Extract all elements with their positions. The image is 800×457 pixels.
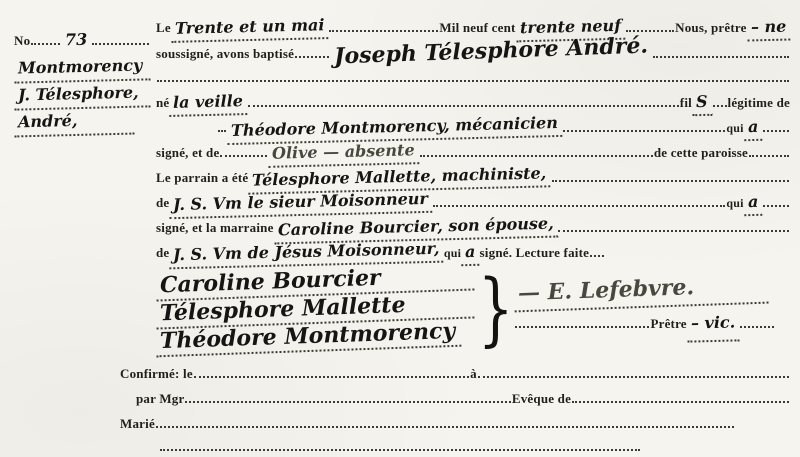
record-body: No 73 Montmorency J. Télesphore, André, … <box>14 14 790 451</box>
par-mgr-label: par Mgr <box>136 386 184 411</box>
ruled-line <box>763 114 789 132</box>
ruled-line <box>590 239 604 257</box>
ruled-line <box>185 385 510 403</box>
signatures-list: Caroline Bourcier Télesphore Mallette Th… <box>156 266 474 352</box>
ruled-line <box>572 385 789 403</box>
marie-row: Marié <box>120 410 790 435</box>
ruled-line <box>295 40 329 58</box>
margin-given-name-2: André, <box>14 106 134 138</box>
no-label: No <box>14 27 30 54</box>
form-column: Le Trente et un mai Mil neuf cent trente… <box>156 14 790 451</box>
ruled-line <box>653 40 789 58</box>
ruled-line <box>713 89 727 107</box>
form-row-ne: né la veille fil S légitime de <box>156 89 790 114</box>
confirme-row: Confirmé: le à <box>120 360 790 385</box>
ne-label: né <box>156 90 169 115</box>
ruled-line <box>515 310 649 328</box>
ruled-line <box>156 410 734 428</box>
qui-label: qui <box>726 116 743 141</box>
margin-name-row: J. Télesphore, <box>14 80 150 107</box>
form-row-date: Le Trente et un mai Mil neuf cent trente… <box>156 14 790 39</box>
ruled-line <box>218 114 226 132</box>
margin-name-row: André, <box>14 107 150 134</box>
birth-date-handwritten: la veille <box>169 88 248 117</box>
ruled-line <box>626 14 674 32</box>
record-number: 73 <box>60 26 91 54</box>
signatures-block: Caroline Bourcier Télesphore Mallette Th… <box>156 266 790 352</box>
eveque-de-label: Evêque de <box>512 386 571 411</box>
marie-label: Marié <box>120 411 155 436</box>
vic-handwritten: – vic. <box>686 305 739 342</box>
confirme-label: Confirmé: le <box>120 361 193 386</box>
a-signe-handwritten: a <box>743 189 762 216</box>
signature-row: Théodore Montmorency <box>156 322 474 350</box>
brace-mark: } <box>478 266 496 352</box>
ruled-line <box>433 189 725 207</box>
pretre-title-row: Prêtre – vic. <box>514 306 790 340</box>
margin-no-row: No 73 <box>14 26 150 53</box>
ruled-line <box>31 27 59 45</box>
priest-signature-area: — E. Lefebvre. Prêtre – vic. <box>500 266 790 352</box>
baptism-date-handwritten: Trente et un mai <box>171 12 329 43</box>
ruled-line <box>92 27 149 45</box>
confirmation-block: Confirmé: le à par Mgr Evêque de Marié <box>120 352 790 451</box>
form-row-parrain-origin: de J. S. Vm le sieur Moisonneur qui a <box>156 189 790 214</box>
ruled-line <box>248 89 678 107</box>
de-cette-paroisse-label: de cette paroisse <box>654 140 748 165</box>
a-signe-handwritten: a <box>743 114 762 141</box>
mil-neuf-cent-label: Mil neuf cent <box>439 15 515 40</box>
ruled-line <box>420 139 653 157</box>
form-row-blank <box>156 64 790 89</box>
pretre-suffix-handwritten: – ne <box>746 13 790 41</box>
ruled-line <box>329 14 438 32</box>
ruled-line <box>563 114 725 132</box>
margin-name-row: Montmorency <box>14 53 150 80</box>
ruled-line <box>160 439 640 451</box>
signe-et-de-label: signé, et de <box>156 140 219 165</box>
legitime-label: légitime de <box>728 90 790 115</box>
a-label: à <box>470 361 477 386</box>
ruled-line <box>749 139 789 157</box>
baptism-record-scan: No 73 Montmorency J. Télesphore, André, … <box>0 0 800 457</box>
fils-s-handwritten: S <box>692 89 712 116</box>
ruled-line <box>763 189 789 207</box>
soussigne-label: soussigné, avons baptisé <box>156 41 294 66</box>
de-label: de <box>156 190 169 215</box>
de-label: de <box>156 240 169 265</box>
ruled-line <box>552 164 789 182</box>
pretre-label: Prêtre <box>650 307 686 341</box>
form-row-parrain: Le parrain a été Télesphore Mallette, ma… <box>156 164 790 189</box>
le-label: Le <box>156 15 171 40</box>
par-mgr-row: par Mgr Evêque de <box>120 385 790 410</box>
form-row-father: Théodore Montmorency, mécanicien qui a <box>156 114 790 139</box>
parrain-label: Le parrain a été <box>156 165 248 190</box>
nous-pretre-label: Nous, prêtre <box>675 15 746 40</box>
ruled-line <box>478 360 789 378</box>
form-row-baptise: soussigné, avons baptisé Joseph Télespho… <box>156 39 790 64</box>
fil-label: fil <box>680 90 692 115</box>
ruled-line <box>157 64 789 82</box>
priest-signature-row: — E. Lefebvre. <box>514 272 790 306</box>
qui-label: qui <box>726 191 743 216</box>
form-row-marraine: signé, et la marraine Caroline Bourcier,… <box>156 214 790 239</box>
ruled-line <box>194 360 469 378</box>
ruled-line <box>558 214 789 232</box>
ruled-line <box>740 310 774 328</box>
